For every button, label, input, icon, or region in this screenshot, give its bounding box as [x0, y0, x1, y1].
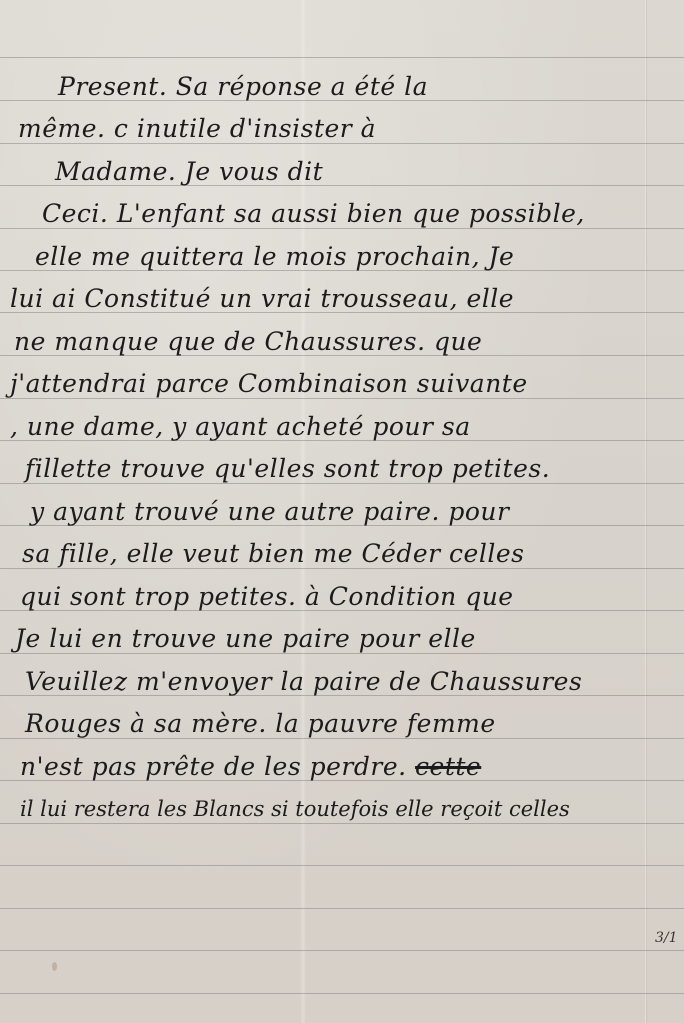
- handwritten-line-4: Ceci. L'enfant sa aussi bien que possibl…: [42, 199, 684, 229]
- handwritten-line-9: , une dame, y ayant acheté pour sa: [10, 412, 670, 442]
- ruled-line: [0, 908, 684, 909]
- handwritten-line-13: qui sont trop petites. à Condition que: [20, 582, 680, 612]
- paper-stain: [52, 962, 57, 971]
- handwritten-line-6: lui ai Constitué un vrai trousseau, elle: [10, 284, 670, 314]
- handwritten-line-11: y ayant trouvé une autre paire. pour: [30, 497, 684, 527]
- struck-out-word: cette: [415, 752, 481, 781]
- handwritten-line-7: ne manque que de Chaussures. que: [14, 327, 674, 357]
- page-marker: 3/1: [655, 930, 678, 946]
- handwritten-line-15: Veuillez m'envoyer la paire de Chaussure…: [25, 667, 684, 697]
- handwritten-line-8: j'attendrai parce Combinaison suivante: [10, 369, 670, 399]
- handwritten-line-5: elle me quittera le mois prochain, Je: [35, 242, 684, 272]
- handwritten-line-2: même. c inutile d'insister à: [18, 114, 678, 144]
- letter-page: Present. Sa réponse a été la même. c inu…: [0, 0, 684, 1023]
- ruled-line: [0, 993, 684, 994]
- handwritten-line-17: n'est pas prête de les perdre. cette: [20, 752, 680, 782]
- line-17-text: n'est pas prête de les perdre.: [20, 752, 407, 781]
- handwritten-line-1: Present. Sa réponse a été la: [58, 72, 684, 102]
- handwritten-line-12: sa fille, elle veut bien me Céder celles: [22, 539, 682, 569]
- handwritten-line-14: Je lui en trouve une paire pour elle: [15, 624, 675, 654]
- handwritten-line-10: fillette trouve qu'elles sont trop petit…: [25, 454, 684, 484]
- handwritten-line-3: Madame. Je vous dit: [55, 157, 684, 187]
- handwritten-line-16: Rouges à sa mère. la pauvre femme: [25, 709, 684, 739]
- ruled-line: [0, 57, 684, 58]
- ruled-line: [0, 865, 684, 866]
- ruled-line: [0, 950, 684, 951]
- handwritten-line-18: il lui restera les Blancs si toutefois e…: [20, 794, 680, 824]
